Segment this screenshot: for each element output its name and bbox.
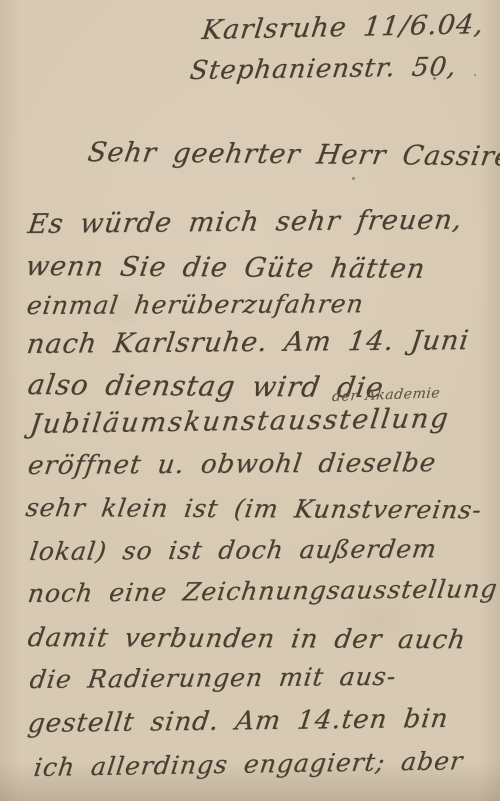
body-line: lokal) so ist doch außerdem (28, 535, 439, 565)
body-line: wenn Sie die Güte hätten (24, 252, 428, 284)
body-line: noch eine Zeichnungsausstellung (26, 575, 499, 607)
body-line: nach Karlsruhe. Am 14. Juni (25, 326, 471, 360)
ink-speck (352, 177, 355, 180)
body-line: damit verbunden in der auch (26, 624, 468, 655)
letter-place-date: Karlsruhe 11/6.04, (200, 10, 485, 46)
body-line: ich allerdings engagiert; aber (32, 747, 465, 781)
ink-speck (433, 77, 436, 80)
body-line: gestellt sind. Am 14.ten bin (26, 705, 450, 739)
body-line: die Radierungen mit aus- (28, 663, 398, 694)
ink-speck (474, 74, 476, 76)
body-line: sehr klein ist (im Kunstvereins- (24, 494, 484, 524)
letter-address: Stephanienstr. 50, (188, 53, 458, 85)
body-line: eröffnet u. obwohl dieselbe (26, 449, 438, 480)
letter-page: Karlsruhe 11/6.04, Stephanienstr. 50, Se… (0, 0, 500, 801)
body-line: Jubiläumskunstausstellung (28, 404, 451, 440)
salutation-line: Sehr geehrter Herr Cassirer! (86, 138, 500, 172)
body-line: Es würde mich sehr freuen, (26, 205, 464, 239)
interlinear-insertion: der Akademie (331, 386, 441, 405)
body-line: einmal herüberzufahren (25, 290, 365, 319)
